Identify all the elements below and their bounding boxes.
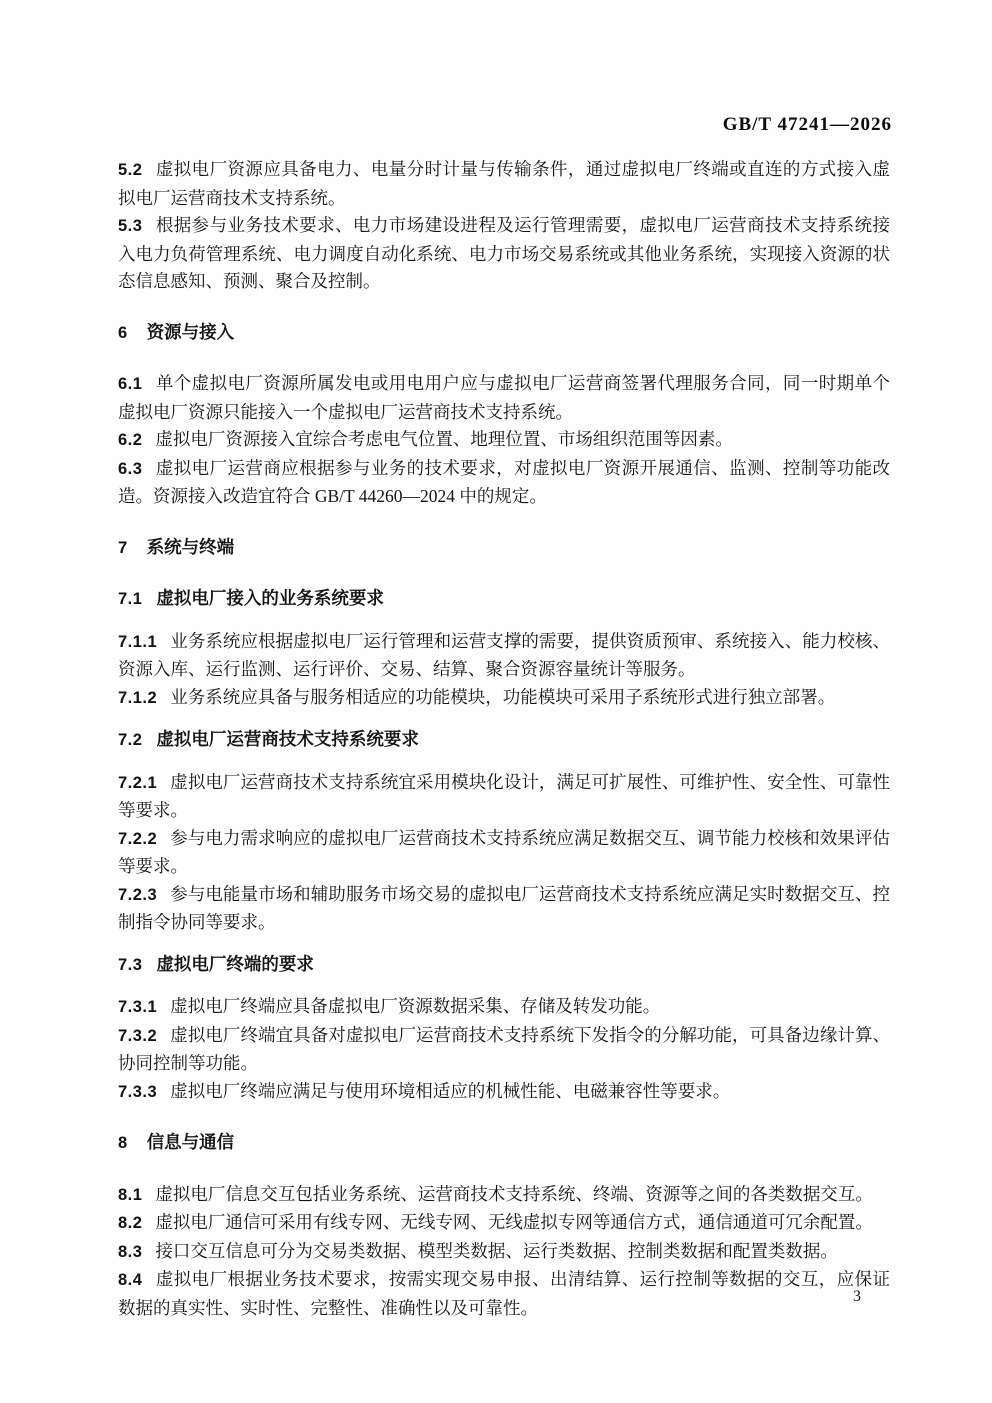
section-heading: 7.3虚拟电厂终端的要求 [118,951,890,980]
clause-number: 8 [118,1134,128,1152]
standard-number-header: GB/T 47241—2026 [723,114,892,136]
clause-text: 虚拟电厂终端应满足与使用环境相适应的机械性能、电磁兼容性等要求。 [170,1081,730,1101]
clause-text: 虚拟电厂运营商技术支持系统要求 [156,729,419,749]
clause-paragraph: 7.2.2参与电力需求响应的虚拟电厂运营商技术支持系统应满足数据交互、调节能力校… [118,825,890,881]
clause-text: 业务系统应根据虚拟电厂运行管理和运营支撑的需要，提供资质预审、系统接入、能力校核… [118,631,890,680]
clause-text: 虚拟电厂资源接入宜综合考虑电气位置、地理位置、市场组织范围等因素。 [155,429,733,449]
clause-number: 6.2 [118,431,142,449]
clause-paragraph: 8.4虚拟电厂根据业务技术要求，按需实现交易申报、出清结算、运行控制等数据的交互… [118,1266,890,1322]
section-heading: 7.2虚拟电厂运营商技术支持系统要求 [118,726,890,755]
clause-paragraph: 7.1.1业务系统应根据虚拟电厂运行管理和运营支撑的需要，提供资质预审、系统接入… [118,628,890,684]
clause-paragraph: 5.3根据参与业务技术要求、电力市场建设进程及运行管理需要，虚拟电厂运营商技术支… [118,212,890,296]
clause-paragraph: 5.2虚拟电厂资源应具备电力、电量分时计量与传输条件，通过虚拟电厂终端或直连的方… [118,156,890,212]
clause-number: 7 [118,539,128,557]
clause-paragraph: 6.2虚拟电厂资源接入宜综合考虑电气位置、地理位置、市场组织范围等因素。 [118,426,890,455]
clause-text: 参与电能量市场和辅助服务市场交易的虚拟电厂运营商技术支持系统应满足实时数据交互、… [118,884,890,933]
clause-number: 5.2 [118,161,142,179]
clause-text: 系统与终端 [147,537,235,557]
clause-paragraph: 6.1单个虚拟电厂资源所属发电或用电用户应与虚拟电厂运营商签署代理服务合同，同一… [118,370,890,426]
clause-number: 6.1 [118,375,142,393]
section-heading: 8信息与通信 [118,1129,890,1158]
clause-number: 8.3 [118,1243,142,1261]
clause-number: 5.3 [118,217,142,235]
clause-paragraph: 7.3.1虚拟电厂终端应具备虚拟电厂资源数据采集、存储及转发功能。 [118,993,890,1022]
clause-paragraph: 7.2.1虚拟电厂运营商技术支持系统宜采用模块化设计，满足可扩展性、可维护性、安… [118,769,890,825]
section-heading: 7系统与终端 [118,534,890,563]
clause-number: 7.3.2 [118,1027,157,1045]
clause-number: 7.1 [118,590,142,608]
clause-text: 参与电力需求响应的虚拟电厂运营商技术支持系统应满足数据交互、调节能力校核和效果评… [118,828,890,877]
clause-text: 单个虚拟电厂资源所属发电或用电用户应与虚拟电厂运营商签署代理服务合同，同一时期单… [118,373,890,422]
clause-number: 7.1.2 [118,689,157,707]
clause-text: 虚拟电厂根据业务技术要求，按需实现交易申报、出清结算、运行控制等数据的交互，应保… [118,1269,890,1318]
clause-text: 接口交互信息可分为交易类数据、模型类数据、运行类数据、控制类数据和配置类数据。 [155,1241,838,1261]
clause-number: 6.3 [118,460,142,478]
clause-text: 信息与通信 [147,1132,235,1152]
clause-paragraph: 7.3.3虚拟电厂终端应满足与使用环境相适应的机械性能、电磁兼容性等要求。 [118,1078,890,1107]
clause-text: 虚拟电厂运营商技术支持系统宜采用模块化设计，满足可扩展性、可维护性、安全性、可靠… [118,772,890,821]
clause-paragraph: 7.2.3参与电能量市场和辅助服务市场交易的虚拟电厂运营商技术支持系统应满足实时… [118,881,890,937]
clause-text: 虚拟电厂终端宜具备对虚拟电厂运营商技术支持系统下发指令的分解功能，可具备边缘计算… [118,1025,890,1074]
clause-text: 虚拟电厂终端的要求 [156,954,314,974]
clause-text: 虚拟电厂通信可采用有线专网、无线专网、无线虚拟专网等通信方式，通信通道可冗余配置… [155,1212,873,1232]
clause-text: 虚拟电厂资源应具备电力、电量分时计量与传输条件，通过虚拟电厂终端或直连的方式接入… [118,159,890,208]
clause-paragraph: 6.3虚拟电厂运营商应根据参与业务的技术要求，对虚拟电厂资源开展通信、监测、控制… [118,455,890,511]
clause-number: 7.2.3 [118,886,157,904]
clause-paragraph: 7.3.2虚拟电厂终端宜具备对虚拟电厂运营商技术支持系统下发指令的分解功能，可具… [118,1022,890,1078]
clause-number: 7.3.1 [118,998,157,1016]
clause-number: 7.1.1 [118,633,157,651]
clause-text: 业务系统应具备与服务相适应的功能模块，功能模块可采用子系统形式进行独立部署。 [170,687,835,707]
clause-number: 7.2.2 [118,830,157,848]
clause-number: 8.2 [118,1214,142,1232]
clause-number: 7.2 [118,731,142,749]
document-page: GB/T 47241—2026 5.2虚拟电厂资源应具备电力、电量分时计量与传输… [0,0,992,1403]
section-heading: 6资源与接入 [118,319,890,348]
clause-text: 虚拟电厂接入的业务系统要求 [156,588,384,608]
clause-text: 虚拟电厂运营商应根据参与业务的技术要求，对虚拟电厂资源开展通信、监测、控制等功能… [118,458,890,507]
clause-number: 7.2.1 [118,774,157,792]
clause-text: 资源与接入 [147,322,235,342]
clause-paragraph: 8.3接口交互信息可分为交易类数据、模型类数据、运行类数据、控制类数据和配置类数… [118,1238,890,1267]
clause-number: 7.3 [118,956,142,974]
section-heading: 7.1虚拟电厂接入的业务系统要求 [118,585,890,614]
clause-number: 6 [118,324,128,342]
document-body: 5.2虚拟电厂资源应具备电力、电量分时计量与传输条件，通过虚拟电厂终端或直连的方… [118,156,890,1322]
clause-text: 根据参与业务技术要求、电力市场建设进程及运行管理需要，虚拟电厂运营商技术支持系统… [118,215,890,291]
clause-text: 虚拟电厂终端应具备虚拟电厂资源数据采集、存储及转发功能。 [170,996,660,1016]
clause-number: 8.1 [118,1186,142,1204]
clause-paragraph: 7.1.2业务系统应具备与服务相适应的功能模块，功能模块可采用子系统形式进行独立… [118,684,890,713]
clause-number: 7.3.3 [118,1083,157,1101]
page-number: 3 [853,1288,861,1306]
clause-number: 8.4 [118,1271,142,1289]
clause-paragraph: 8.2虚拟电厂通信可采用有线专网、无线专网、无线虚拟专网等通信方式，通信通道可冗… [118,1209,890,1238]
clause-paragraph: 8.1虚拟电厂信息交互包括业务系统、运营商技术支持系统、终端、资源等之间的各类数… [118,1181,890,1210]
clause-text: 虚拟电厂信息交互包括业务系统、运营商技术支持系统、终端、资源等之间的各类数据交互… [155,1184,873,1204]
